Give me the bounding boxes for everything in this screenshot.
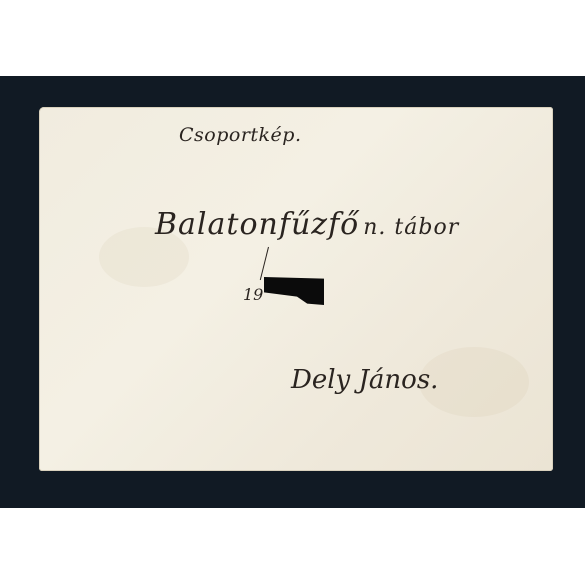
inscription-group-photo: Csoportkép. [179, 124, 302, 146]
photo-back-card: Csoportkép. Balatonfűzfőn. tábor 19 Dely… [39, 107, 553, 471]
redaction-mark [264, 277, 324, 305]
inscription-place: Balatonfűzfőn. tábor [155, 207, 459, 242]
pen-stroke [260, 247, 269, 280]
year-partial: 19 [243, 285, 263, 304]
camp-label: n. tábor [363, 215, 459, 240]
place-name: Balatonfűzfő [155, 207, 359, 242]
signature: Dely János. [291, 365, 438, 395]
